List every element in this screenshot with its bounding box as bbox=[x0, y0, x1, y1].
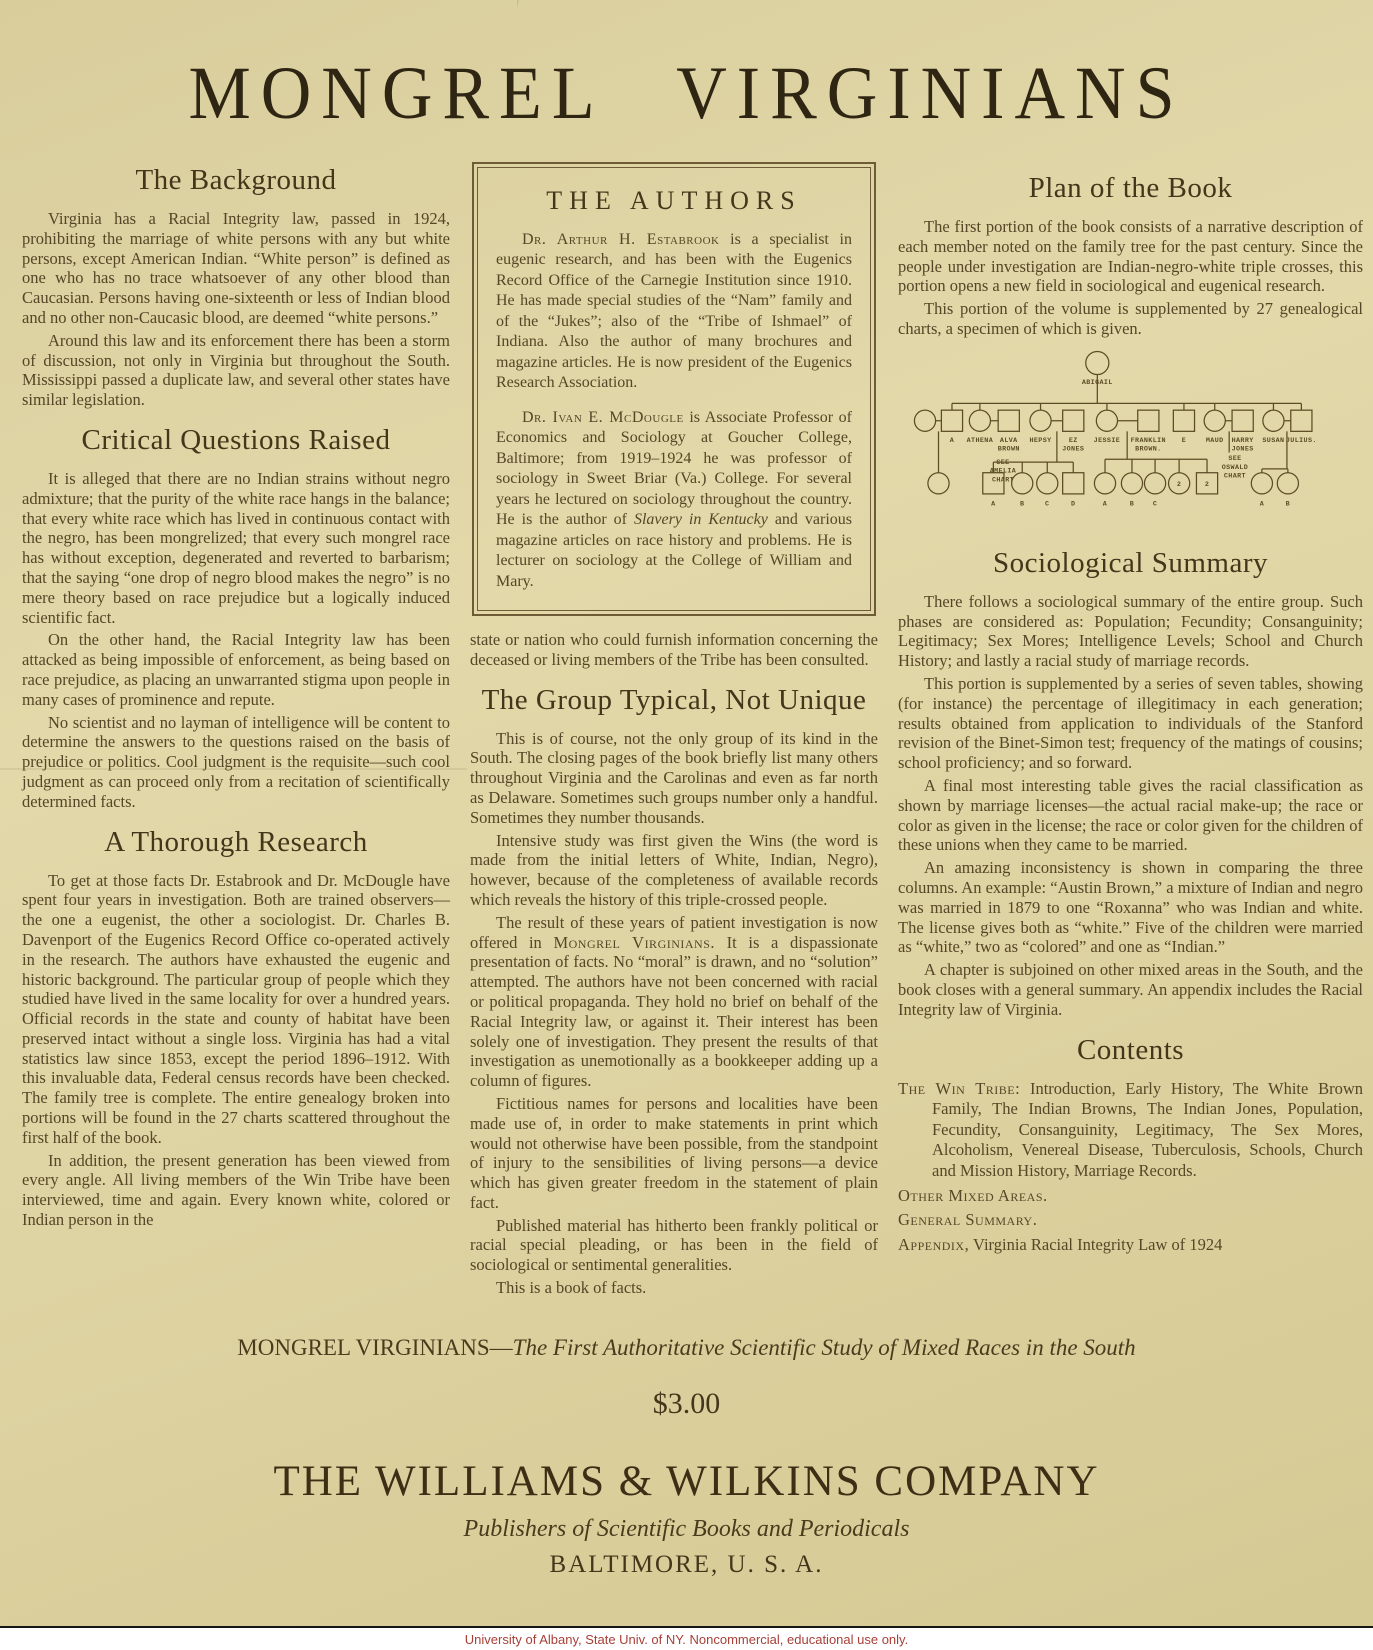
three-column-body: The Background Virginia has a Racial Int… bbox=[0, 132, 1373, 1301]
svg-text:OSWALD: OSWALD bbox=[1221, 464, 1248, 472]
svg-text:CHART: CHART bbox=[1223, 472, 1245, 480]
publisher-city: BALTIMORE, U. S. A. bbox=[0, 1551, 1373, 1579]
research-paragraph-2: In addition, the present generation has … bbox=[22, 1151, 450, 1230]
sociological-paragraph-3: A final most interesting table gives the… bbox=[898, 776, 1363, 855]
svg-text:EZ: EZ bbox=[1068, 437, 1077, 445]
group-paragraph-3-text-b: It is a dispassionate presentation of fa… bbox=[470, 933, 878, 1091]
contents-item-appendix: Appendix, Virginia Racial Integrity Law … bbox=[898, 1235, 1363, 1256]
contents-item-win-tribe: The Win Tribe: Introduction, Early Histo… bbox=[898, 1079, 1363, 1182]
critical-paragraph-3: No scientist and no layman of intelligen… bbox=[22, 713, 450, 812]
contents-item-other-mixed-areas: Other Mixed Areas. bbox=[898, 1186, 1363, 1207]
critical-paragraph-2: On the other hand, the Racial Integrity … bbox=[22, 630, 450, 709]
background-paragraph-2: Around this law and its enforcement ther… bbox=[22, 331, 450, 410]
right-column: Plan of the Book The first portion of th… bbox=[898, 158, 1363, 1301]
critical-questions-heading: Critical Questions Raised bbox=[22, 424, 450, 457]
sociological-paragraph-5: A chapter is subjoined on other mixed ar… bbox=[898, 960, 1363, 1019]
svg-text:JONES: JONES bbox=[1062, 445, 1084, 453]
authors-paragraph-2: Dr. Ivan E. McDougle is Associate Profes… bbox=[496, 408, 852, 592]
svg-text:B: B bbox=[1285, 500, 1289, 508]
svg-text:2: 2 bbox=[1204, 481, 1208, 489]
svg-text:JESSIE: JESSIE bbox=[1093, 437, 1120, 445]
contents-item-lead: General Summary. bbox=[898, 1210, 1037, 1229]
group-paragraph-6: This is a book of facts. bbox=[470, 1278, 878, 1298]
authors-paragraph-1: Dr. Arthur H. Estabrook is a specialist … bbox=[496, 230, 852, 394]
svg-text:JONES: JONES bbox=[1231, 445, 1253, 453]
background-heading: The Background bbox=[22, 164, 450, 197]
plan-heading: Plan of the Book bbox=[898, 172, 1363, 205]
continuation-paragraph: state or nation who could furnish inform… bbox=[470, 630, 878, 670]
svg-text:SEE: SEE bbox=[1228, 455, 1241, 463]
group-paragraph-4: Fictitious names for persons and localit… bbox=[470, 1094, 878, 1213]
svg-text:ALVA: ALVA bbox=[999, 437, 1017, 445]
pedigree-chart: ABIGAIL bbox=[900, 347, 1362, 533]
credit-line: University of Albany, State Univ. of NY.… bbox=[0, 1626, 1373, 1650]
sociological-summary-heading: Sociological Summary bbox=[898, 547, 1363, 580]
plan-paragraph-2: This portion of the volume is supplement… bbox=[898, 299, 1363, 339]
svg-text:D: D bbox=[1071, 500, 1075, 508]
sociological-paragraph-2: This portion is supplemented by a series… bbox=[898, 674, 1363, 773]
svg-text:A: A bbox=[1102, 500, 1107, 508]
critical-paragraph-1: It is alleged that there are no Indian s… bbox=[22, 469, 450, 627]
footer: MONGREL VIRGINIANS—The First Authoritati… bbox=[0, 1335, 1373, 1579]
page-title: MONGREL VIRGINIANS bbox=[0, 0, 1373, 137]
book-title-slavery-in-kentucky: Slavery in Kentucky bbox=[634, 511, 768, 528]
contents-item-lead: Appendix, bbox=[898, 1235, 969, 1254]
group-paragraph-2: Intensive study was first given the Wins… bbox=[470, 831, 878, 910]
svg-text:ATHENA: ATHENA bbox=[966, 437, 993, 445]
svg-text:E: E bbox=[1181, 437, 1185, 445]
price: $3.00 bbox=[0, 1387, 1373, 1421]
contents-item-lead: The Win Tribe: bbox=[898, 1079, 1020, 1098]
group-paragraph-1: This is of course, not the only group of… bbox=[470, 729, 878, 828]
svg-text:SUSAN: SUSAN bbox=[1262, 437, 1284, 445]
svg-text:B: B bbox=[1129, 500, 1133, 508]
book-title-mongrel-virginians: Mongrel Virginians. bbox=[553, 933, 715, 952]
svg-text:CHART: CHART bbox=[991, 476, 1013, 484]
svg-text:FRANKLIN: FRANKLIN bbox=[1130, 437, 1165, 445]
author-name-estabrook: Dr. Arthur H. Estabrook bbox=[522, 231, 719, 248]
tagline-italic: The First Authoritative Scientific Study… bbox=[513, 1335, 1136, 1360]
authors-box: THE AUTHORS Dr. Arthur H. Estabrook is a… bbox=[472, 162, 876, 616]
left-column: The Background Virginia has a Racial Int… bbox=[22, 158, 450, 1301]
tagline: MONGREL VIRGINIANS—The First Authoritati… bbox=[0, 1335, 1373, 1361]
svg-text:HARRY: HARRY bbox=[1231, 437, 1254, 445]
middle-column: THE AUTHORS Dr. Arthur H. Estabrook is a… bbox=[470, 158, 878, 1301]
publisher-name: THE WILLIAMS & WILKINS COMPANY bbox=[0, 1457, 1373, 1506]
flyer-page: MONGREL VIRGINIANS The Background Virgin… bbox=[0, 0, 1373, 1650]
contents-item-lead: Other Mixed Areas. bbox=[898, 1186, 1048, 1205]
author-name-mcdougle: Dr. Ivan E. McDougle bbox=[522, 409, 684, 426]
group-paragraph-3: The result of these years of patient inv… bbox=[470, 913, 878, 1091]
authors-heading: THE AUTHORS bbox=[496, 186, 852, 216]
group-typical-heading: The Group Typical, Not Unique bbox=[470, 684, 878, 717]
svg-text:A: A bbox=[1259, 500, 1264, 508]
tagline-lead: MONGREL VIRGINIANS— bbox=[237, 1335, 512, 1360]
group-paragraph-5: Published material has hitherto been fra… bbox=[470, 1216, 878, 1275]
sociological-paragraph-4: An amazing inconsistency is shown in com… bbox=[898, 858, 1363, 957]
svg-text:A: A bbox=[949, 437, 954, 445]
svg-text:HEPSY: HEPSY bbox=[1029, 437, 1052, 445]
authors-paragraph-1-text: is a specialist in eugenic research, and… bbox=[496, 231, 852, 391]
svg-text:SEE: SEE bbox=[996, 459, 1009, 467]
contents-item-rest: Virginia Racial Integrity Law of 1924 bbox=[969, 1235, 1222, 1254]
plan-paragraph-1: The first portion of the book consists o… bbox=[898, 217, 1363, 296]
contents-heading: Contents bbox=[898, 1034, 1363, 1067]
svg-text:BROWN.: BROWN. bbox=[1135, 445, 1162, 453]
svg-text:C: C bbox=[1152, 500, 1156, 508]
svg-text:JULIUS.: JULIUS. bbox=[1285, 437, 1316, 445]
svg-text:B: B bbox=[1020, 500, 1024, 508]
research-paragraph-1: To get at those facts Dr. Estabrook and … bbox=[22, 871, 450, 1148]
sociological-paragraph-1: There follows a sociological summary of … bbox=[898, 592, 1363, 671]
svg-text:BROWN: BROWN bbox=[997, 445, 1019, 453]
authors-box-inner: THE AUTHORS Dr. Arthur H. Estabrook is a… bbox=[477, 167, 871, 611]
svg-text:A: A bbox=[991, 500, 996, 508]
svg-text:MAUD: MAUD bbox=[1205, 437, 1223, 445]
background-paragraph-1: Virginia has a Racial Integrity law, pas… bbox=[22, 209, 450, 328]
publisher-tagline: Publishers of Scientific Books and Perio… bbox=[0, 1516, 1373, 1543]
svg-text:2: 2 bbox=[1176, 481, 1180, 489]
thorough-research-heading: A Thorough Research bbox=[22, 826, 450, 859]
svg-text:C: C bbox=[1045, 500, 1049, 508]
contents-item-general-summary: General Summary. bbox=[898, 1210, 1363, 1231]
